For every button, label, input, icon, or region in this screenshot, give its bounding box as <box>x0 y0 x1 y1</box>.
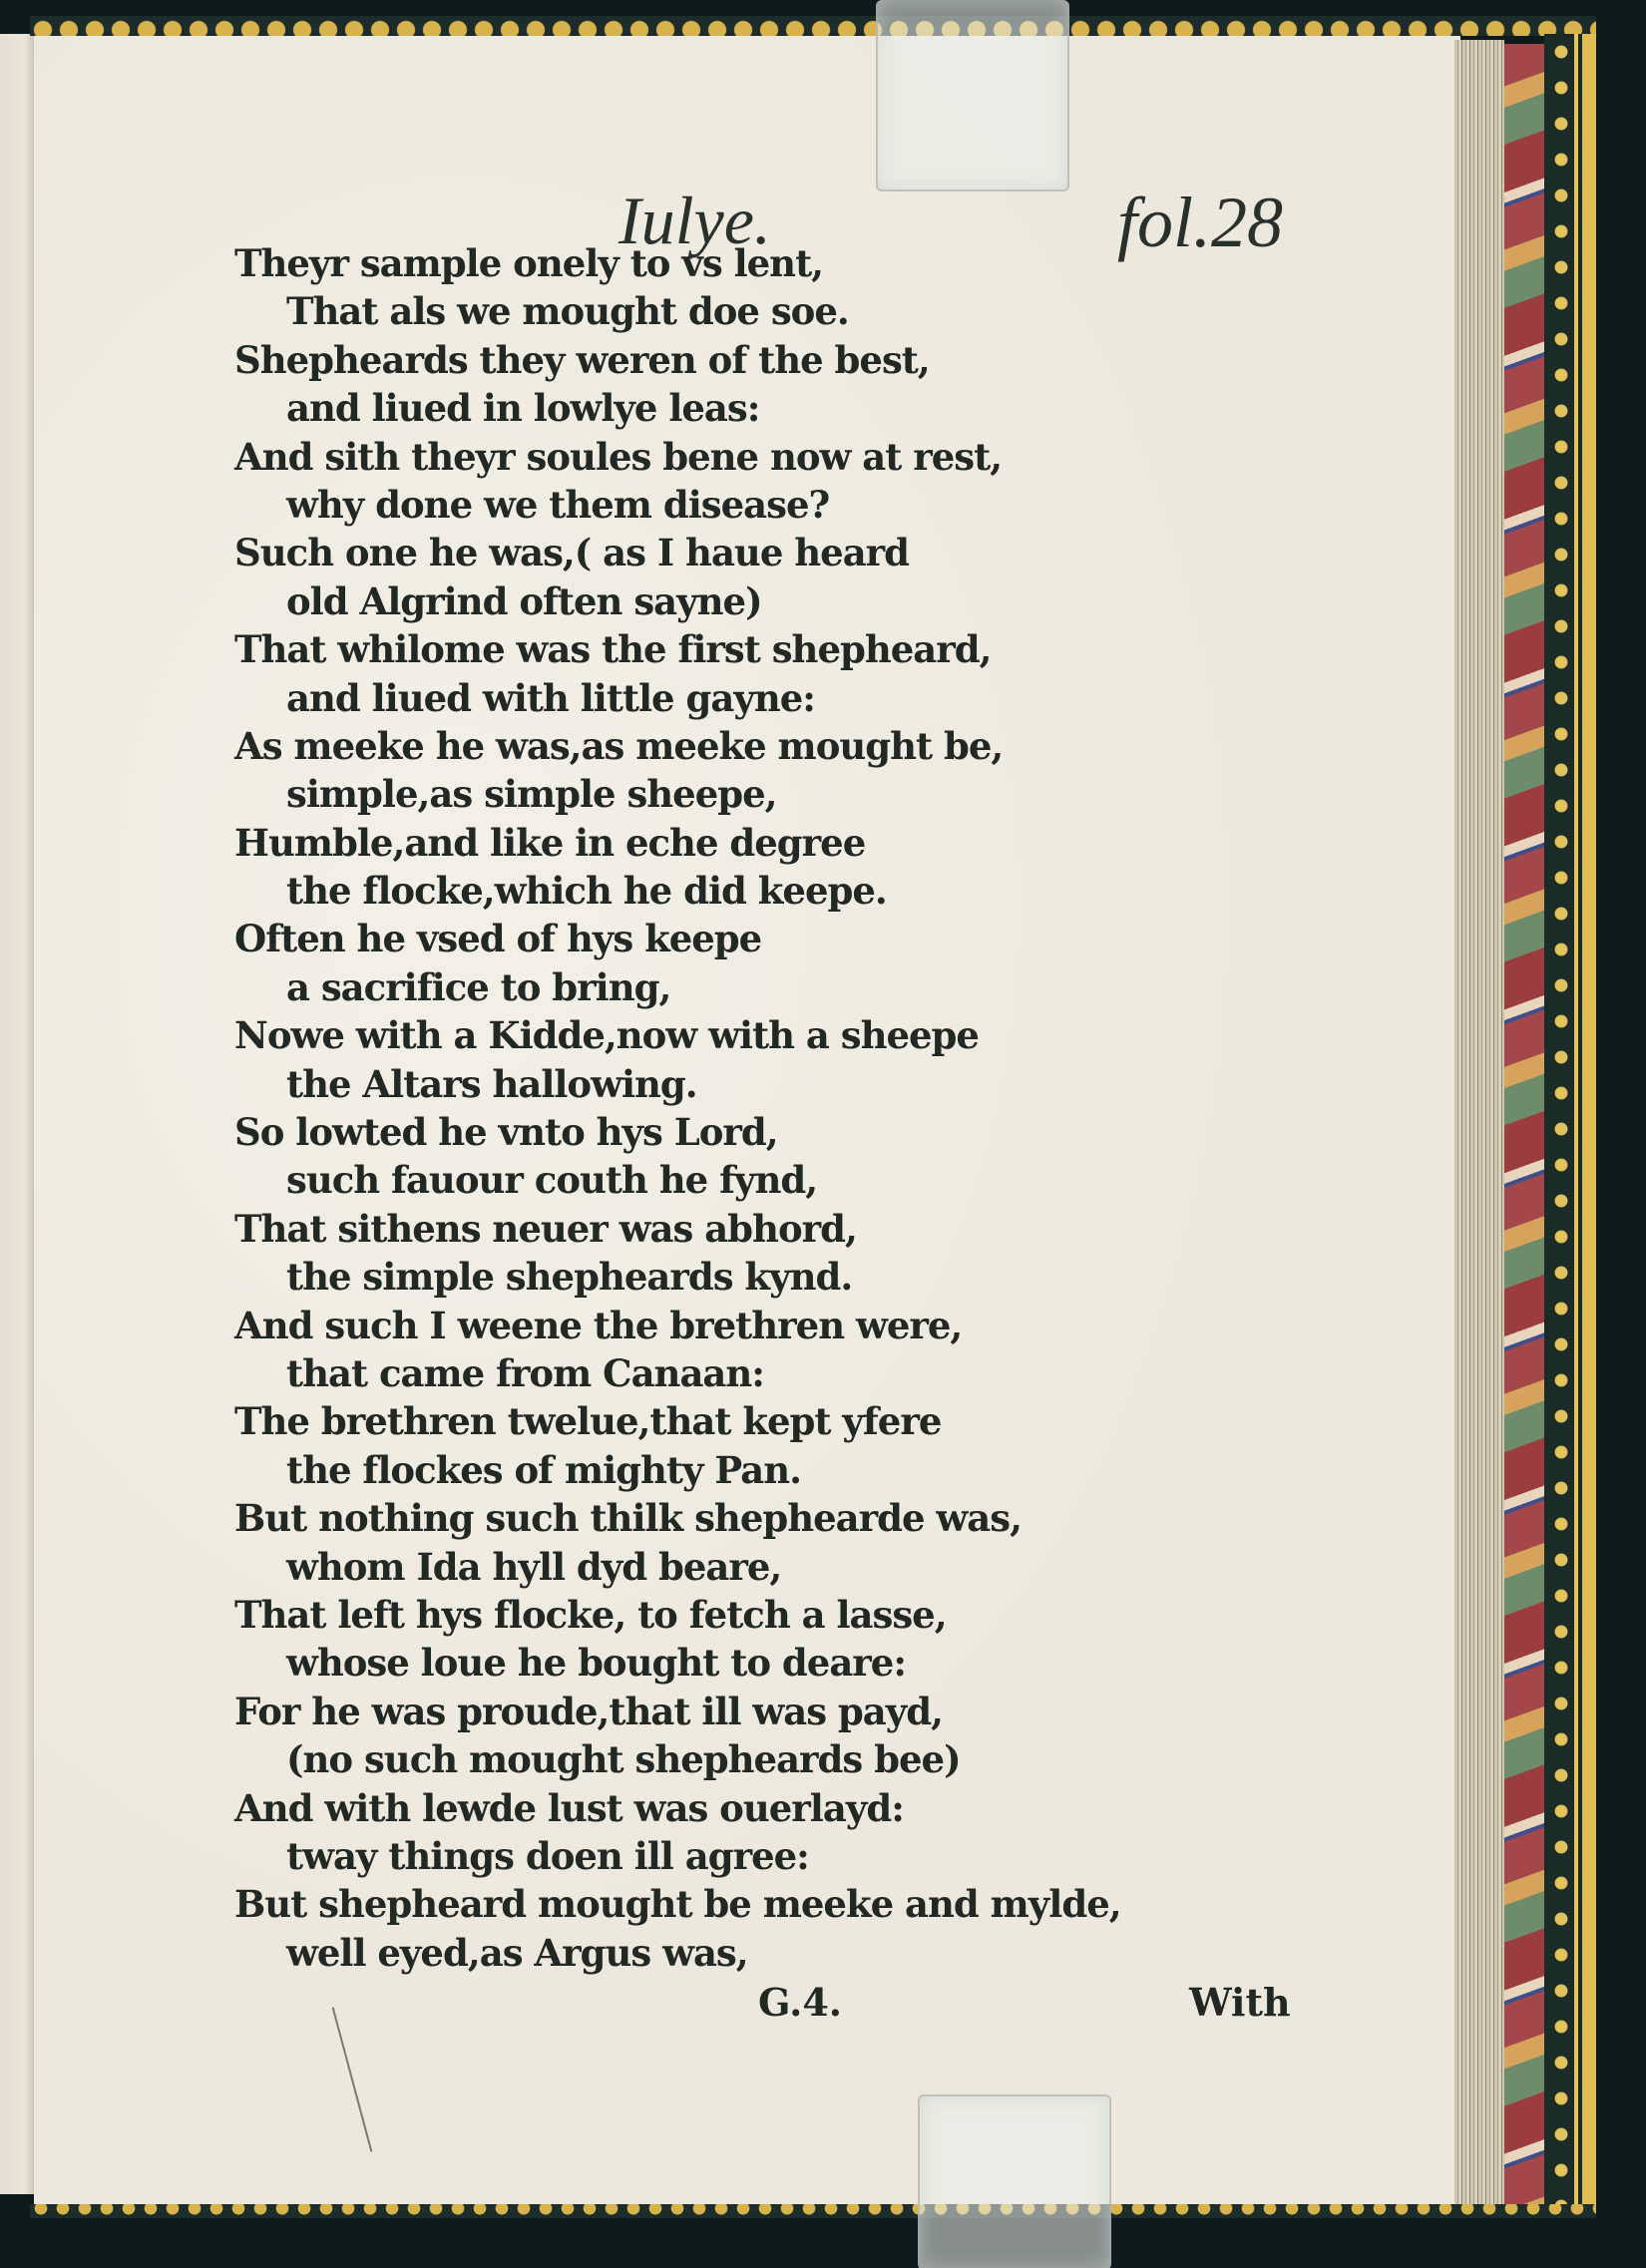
verse-line: such fauour couth he fynd, <box>234 1156 1121 1204</box>
verse-line: whom Ida hyll dyd beare, <box>234 1543 1121 1591</box>
verse-line: But shepheard mought be meeke and mylde, <box>234 1880 1121 1928</box>
verse-line: That whilome was the first shepheard, <box>234 625 1121 673</box>
verse-line: And sith theyr soules bene now at rest, <box>234 433 1121 481</box>
verse-line: So lowted he vnto hys Lord, <box>234 1108 1121 1156</box>
verse-block: Theyr sample onely to vs lent,That als w… <box>234 239 1121 1977</box>
catchword: With <box>1189 1980 1291 2025</box>
verse-line: Theyr sample onely to vs lent, <box>234 239 1121 287</box>
gilt-binding-bottom <box>30 2204 1596 2218</box>
verse-line: and liued with little gayne: <box>234 674 1121 722</box>
verse-line: Nowe with a Kidde,now with a sheepe <box>234 1011 1121 1059</box>
glass-page-weight-bottom <box>918 2094 1111 2268</box>
facing-page-edge <box>0 34 36 2194</box>
verse-line: whose loue he bought to deare: <box>234 1639 1121 1687</box>
verse-line: well eyed,as Argus was, <box>234 1929 1121 1977</box>
verse-line: And such I weene the brethren were, <box>234 1302 1121 1349</box>
signature-mark: G.4. <box>758 1980 842 2025</box>
page-fore-edge <box>1454 40 1504 2209</box>
verse-line: That left hys flocke, to fetch a lasse, <box>234 1591 1121 1639</box>
verse-line: (no such mought shepheards bee) <box>234 1735 1121 1783</box>
verse-line: tway things doen ill agree: <box>234 1832 1121 1880</box>
verse-line: For he was proude,that ill was payd, <box>234 1688 1121 1735</box>
verse-line: the simple shepheards kynd. <box>234 1253 1121 1301</box>
verse-line: why done we them disease? <box>234 481 1121 529</box>
verse-line: Humble,and like in eche degree <box>234 819 1121 867</box>
verse-line: and liued in lowlye leas: <box>234 384 1121 432</box>
verse-line: simple,as simple sheepe, <box>234 770 1121 818</box>
verse-line: Often he vsed of hys keepe <box>234 915 1121 962</box>
verse-line: the Altars hallowing. <box>234 1060 1121 1108</box>
verse-line: a sacrifice to bring, <box>234 963 1121 1011</box>
verse-line: And with lewde lust was ouerlayd: <box>234 1784 1121 1832</box>
folio-number: fol.28 <box>1117 182 1283 264</box>
verse-line: As meeke he was,as meeke mought be, <box>234 722 1121 770</box>
verse-line: the flocke,which he did keepe. <box>234 867 1121 915</box>
verse-line: old Algrind often sayne) <box>234 577 1121 625</box>
verse-line: Shepheards they weren of the best, <box>234 336 1121 384</box>
marbled-endpaper <box>1504 44 1544 2208</box>
verse-line: But nothing such thilk shephearde was, <box>234 1494 1121 1542</box>
verse-line: Such one he was,( as I haue heard <box>234 529 1121 576</box>
gilt-binding-top <box>30 16 1596 36</box>
verse-line: That als we mought doe soe. <box>234 287 1121 335</box>
verse-line: The brethren twelue,that kept yfere <box>234 1397 1121 1445</box>
gilt-binding-right <box>1544 34 1596 2218</box>
glass-page-weight-top <box>876 0 1069 191</box>
verse-line: that came from Canaan: <box>234 1349 1121 1397</box>
verse-line: the flockes of mighty Pan. <box>234 1446 1121 1494</box>
verse-line: That sithens neuer was abhord, <box>234 1205 1121 1253</box>
